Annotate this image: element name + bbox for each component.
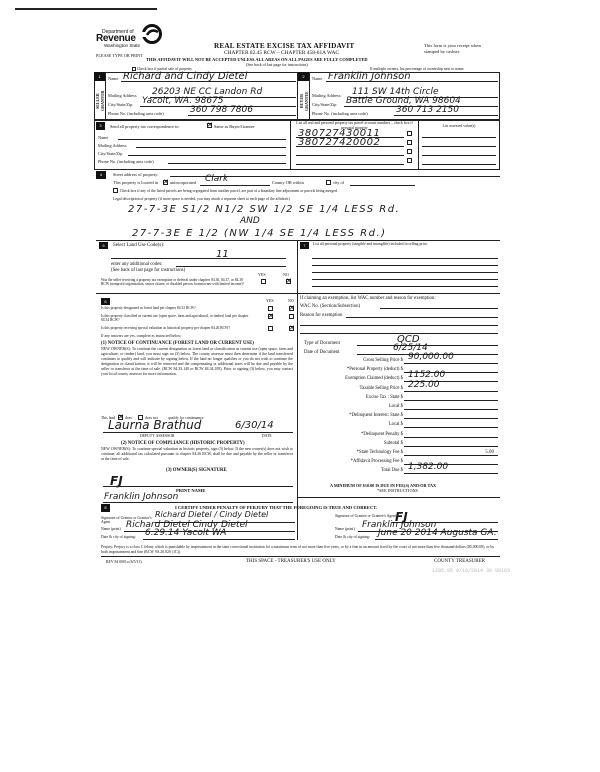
buyer-grantee-label: BUYER GRANTEE [299,84,308,118]
section-number: 2 [298,72,309,81]
tax-row-value[interactable]: 1,382.00 [408,462,448,472]
grantor-name-label: Name (print) [101,527,121,532]
buyer-phone-label: Phone No. (including area code) [312,111,368,116]
grantee-date-field[interactable]: June 20 2014 Augusta GA. [378,528,497,538]
legal-description-line-1[interactable]: 27-7-3E S1/2 N1/2 SW 1/2 SE 1/4 LESS Rd. [128,204,400,215]
notice-continuance-body: NEW OWNER(S): To continue the current de… [101,347,293,377]
designation-question: Is this property receiving special valua… [101,326,253,330]
exemption-yes-checkbox[interactable] [261,279,266,284]
personal-property-checkbox[interactable] [407,149,412,154]
deputy-assessor-label: DEPUTY ASSESSOR [140,434,174,439]
perjury-notice: Perjury: Perjury is a class C felony whi… [101,545,501,555]
personal-property-label: List all personal property (tangible and… [313,242,493,247]
corr-address-label: Mailing Address [98,143,127,148]
seller-city-label: City/State/Zip [108,102,132,107]
owner-signature-title: (3) OWNER(S) SIGNATURE [166,468,227,473]
assessed-value-header: List assessed value(s) [420,124,498,129]
seller-address-label: Mailing Address [108,93,137,98]
land-use-label: Select Land Use Code(s): [113,243,164,248]
personal-property-checkbox[interactable] [407,131,412,136]
assessor-signature[interactable]: Laurna Brathud [108,418,201,432]
tax-row-value[interactable]: 90,000.00 [408,352,454,362]
correspondence-label: Send all property tax correspondence to: [110,124,180,129]
county-field[interactable]: Clark [205,174,228,184]
corr-city-label: City/State/Zip [98,151,122,156]
same-as-buyer-label: Same as Buyer/Grantee [214,124,255,129]
seller-phone-label: Phone No. (including area code) [108,111,164,116]
located-in-label: This property is located in [113,180,158,185]
state-name: Washington State [104,43,140,48]
grantee-name-label: Name (print) [335,527,355,532]
designation-no-checkbox[interactable] [289,306,294,311]
scan-edge-bar [15,8,157,10]
seller-name-label: Name [108,76,118,81]
grantor-date-field[interactable]: 6.29.14 Yacolt WA [145,528,226,538]
tax-row-label: Gross Selling Price $ [300,358,403,363]
tax-row-label: *Affidavit Processing Fee $ [300,459,403,464]
section-number: 8 [101,504,110,512]
buyer-address-label: Mailing Address [312,93,341,98]
tax-row-label: Excise Tax : State $ [300,395,403,400]
notice-compliance-title: (2) NOTICE OF COMPLIANCE (HISTORIC PROPE… [121,441,245,446]
personal-property-checkbox[interactable] [407,140,412,145]
tax-row-label: Exemption Claimed (deduct) $ [300,376,403,381]
tax-row-value[interactable]: 225.00 [408,380,440,390]
grantee-date-label: Date & city of signing: [335,535,370,540]
section-number: 1 [94,72,105,81]
notice-compliance-body: NEW OWNER(S): To continue special valuat… [101,447,293,462]
treasurer-space-label: THIS SPACE - TREASURER'S USE ONLY [246,559,336,564]
print-name-label: PRINT NAME [176,488,205,493]
please-type-note: PLEASE TYPE OR PRINT [96,53,143,58]
document-date-label: Date of Document [304,350,339,355]
form-title: REAL ESTATE EXCISE TAX AFFIDAVIT [214,42,354,50]
tax-row-label: Total Due $ [300,468,403,473]
document-type-label: Type of Document [304,341,340,346]
segregated-label: Check box if any of the listed parcels a… [120,189,338,194]
grantor-signature[interactable]: Richard Dietel / Cindy Dietel [155,510,268,519]
section-number: 4 [96,171,106,179]
seller-grantor-label: SELLER GRANTOR [95,84,104,118]
section-number: 6 [101,298,110,305]
segregated-checkbox[interactable] [113,188,118,193]
designation-no-checkbox[interactable] [289,314,294,319]
buyer-name-label: Name [312,76,322,81]
see-instructions-note: *SEE INSTRUCTIONS [377,488,418,493]
section-number: 7 [300,242,309,249]
street-address-label: Street address of property: [113,172,158,177]
corr-phone-label: Phone No. (including area code) [98,159,154,164]
grantor-date-label: Date & city of signing: [101,535,136,540]
tax-row-label: Local $ [300,404,403,409]
assessor-date-label: DATE [262,434,272,439]
legal-description-line-2[interactable]: AND [240,216,260,226]
legal-description-line-3[interactable]: 27-7-3E E 1/2 (NW 1/4 SE 1/4 LESS Rd.) [132,228,387,239]
section-number: 3 [96,122,105,130]
treasurer-stamp: 1285.95 9/16/2014 30 09163 [432,568,510,574]
exemption-claim-label: If claiming an exemption, list WAC numbe… [300,296,436,301]
assessor-date[interactable]: 6/30/14 [235,420,274,431]
corr-name-label: Name [98,135,108,140]
additional-codes-label: enter any additional codes: [111,262,163,267]
designation-yes-checkbox[interactable] [268,314,273,319]
designation-question: Is this property classified as current u… [101,314,253,323]
designation-yes-checkbox[interactable] [268,306,273,311]
form-revision: REV 84 0001a (6/5/13) [106,560,142,564]
receipt-note: This form is your receipt when stamped b… [424,43,494,55]
county-or-label: County OR within [272,180,304,185]
tax-row-label: *State Technology Fee $ [300,450,403,455]
city-of-label: city of [333,180,344,185]
reason-label: Reason for exemption [300,313,342,318]
same-as-buyer-checkbox[interactable] [207,123,212,128]
unincorporated-checkbox[interactable] [163,180,168,185]
unincorporated-label: unincorporated [170,180,196,185]
tax-row-label: *Personal Property (deduct) $ [300,367,403,372]
county-treasurer-label: COUNTY TREASURER [434,559,485,564]
tax-row-label: *Delinquent Interest: State $ [300,413,403,418]
owner-print-name[interactable]: Franklin Johnson [104,492,178,502]
tax-row-label: Local $ [300,422,403,427]
seller-phone-field[interactable]: 360 798 7806 [190,105,253,115]
yes-header: YES [266,298,274,303]
designation-no-checkbox[interactable] [289,326,294,331]
buyer-phone-field[interactable]: 360 713 2150 [396,105,459,115]
notice-continuance-title: (1) NOTICE OF CONTINUANCE (FOREST LAND O… [101,341,254,346]
no-header: NO [288,298,294,303]
tax-row-label: Taxable Selling Price $ [300,386,403,391]
revenue-logo-icon [141,24,163,44]
form-chapter: CHAPTER 82.45 RCW – CHAPTER 458-61A WAC [224,50,339,56]
if-yes-note: If any answers are yes, complete as inst… [101,334,182,339]
section-number: 5 [99,242,108,249]
wac-label: WAC No. (Section/Subsection) [300,304,360,309]
designation-question: Is this property designated as forest la… [101,306,253,310]
tax-row-label: Subtotal $ [300,441,403,446]
yes-header: YES [258,272,266,277]
city-of-checkbox[interactable] [326,180,331,185]
designation-yes-checkbox[interactable] [268,326,273,331]
exemption-no-checkbox[interactable] [286,279,291,284]
instructions-note: (See back of last page for instructions) [246,62,308,67]
legal-description-label: Legal description of property (if more s… [113,197,290,202]
buyer-city-label: City/State/Zip [312,102,336,107]
exemption-question: Was the seller receiving a property tax … [101,278,251,287]
personal-property-checkbox[interactable] [407,158,412,163]
land-use-see-back: (See back of last page for instructions) [111,268,185,273]
tax-row-label: *Delinquent Penalty $ [300,432,403,437]
